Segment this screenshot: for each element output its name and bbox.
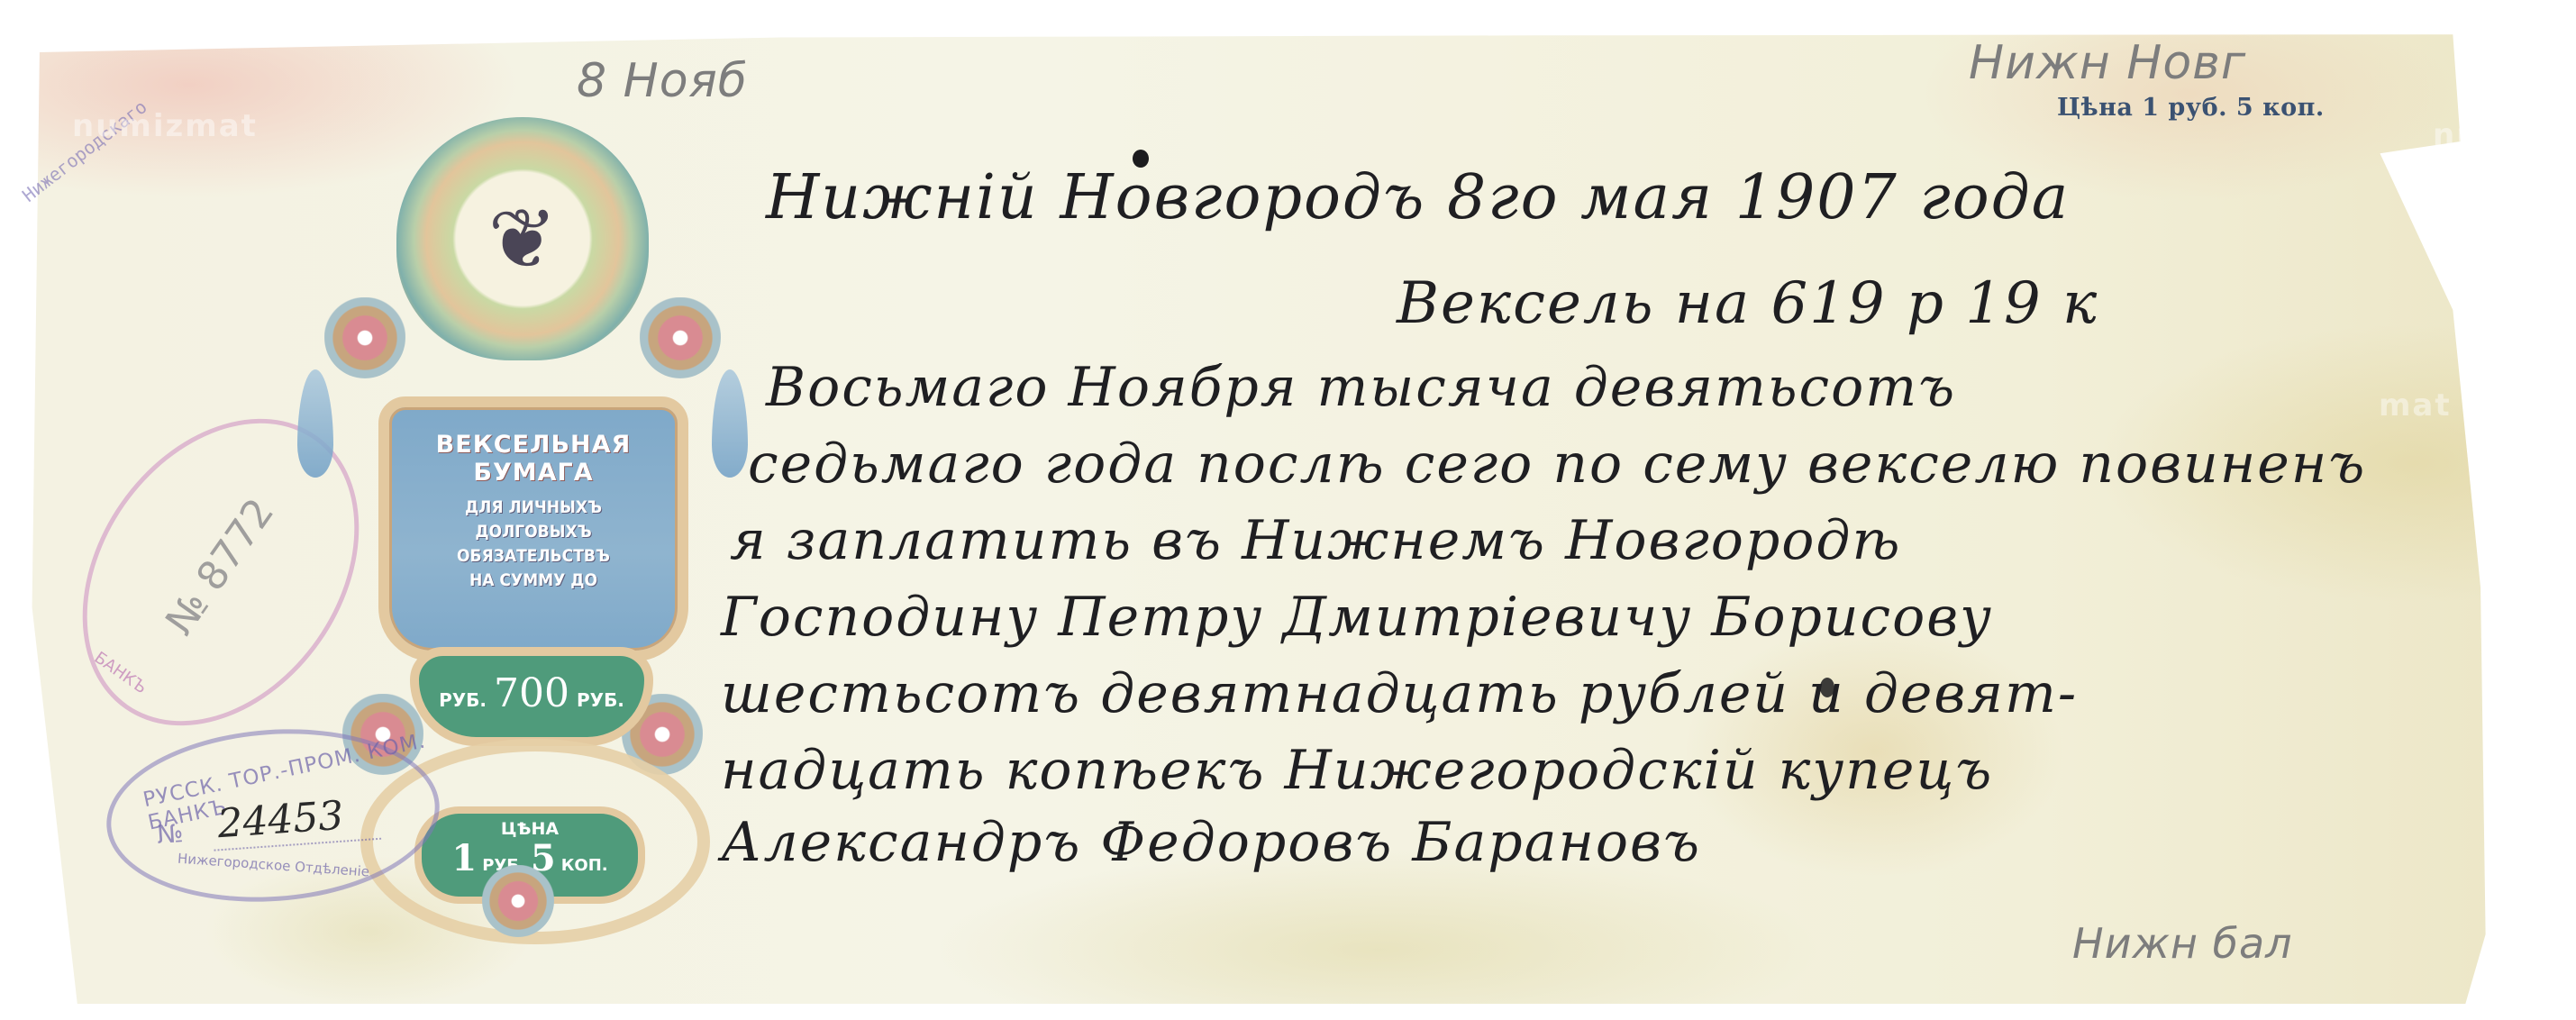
sum-limit-amount: 700 bbox=[494, 670, 569, 716]
handwritten-place-date: Нижній Новгородъ 8го мая 1907 года bbox=[766, 162, 2070, 233]
bank-stamp-number-prefix: № bbox=[156, 818, 184, 850]
sum-limit-suffix: РУБ. bbox=[577, 689, 624, 711]
double-headed-eagle-icon: ❦ bbox=[419, 176, 626, 302]
sum-limit-prefix: РУБ. bbox=[439, 689, 487, 711]
pencil-note-bottom: Нижн бал bbox=[2072, 919, 2293, 968]
vignette-title: ВЕКСЕЛЬНАЯ БУМАГА bbox=[389, 431, 678, 487]
flower-ornament-icon bbox=[482, 865, 554, 937]
handwritten-body-line: надцать копѣекъ Нижегородскій купецъ bbox=[721, 739, 1993, 802]
watermark: mat bbox=[2379, 387, 2452, 423]
vignette-subtitle-line: ДЛЯ ЛИЧНЫХЪ bbox=[389, 496, 678, 520]
bank-stamp-number: 24453 bbox=[211, 790, 381, 852]
flower-ornament-icon bbox=[640, 297, 721, 378]
handwritten-body-line: шестьсотъ девятнадцать рублей и девят- bbox=[721, 662, 2078, 725]
handwritten-body-line: Восьмаго Ноября тысяча девятьсотъ bbox=[766, 356, 1956, 419]
bank-stamp-pink-number: № 8772 bbox=[157, 490, 283, 643]
price-rub: 1 bbox=[451, 839, 477, 879]
pencil-note-date: 8 Нояб bbox=[577, 54, 748, 108]
price-kop-unit: КОП. bbox=[561, 856, 608, 875]
printed-price: Цѣна 1 руб. 5 коп. bbox=[2057, 94, 2325, 122]
price-label: ЦѢНА bbox=[422, 819, 638, 839]
vignette-subtitle-line: ОБЯЗАТЕЛЬСТВЪ bbox=[389, 544, 678, 569]
vignette-subtitle-line: ДОЛГОВЫХЪ bbox=[389, 520, 678, 544]
handwritten-body-line: седьмаго года послѣ сего по сему векселю… bbox=[748, 433, 2366, 496]
watermark: numiz bbox=[2433, 117, 2545, 153]
handwritten-heading: Вексель на 619 р 19 к bbox=[1397, 270, 2098, 337]
sum-limit-band: РУБ. 700 РУБ. bbox=[410, 647, 653, 746]
handwritten-body-line: Господину Петру Дмитріевичу Борисову bbox=[721, 586, 1993, 649]
handwritten-signature-line: Александръ Федоровъ Барановъ bbox=[721, 811, 1701, 874]
denomination-shield: ВЕКСЕЛЬНАЯ БУМАГА ДЛЯ ЛИЧНЫХЪ ДОЛГОВЫХЪ … bbox=[378, 396, 688, 661]
flower-ornament-icon bbox=[324, 297, 405, 378]
handwritten-body-line: я заплатить въ Нижнемъ Новгородѣ bbox=[730, 509, 1901, 572]
pencil-note-city: Нижн Новг bbox=[1969, 36, 2246, 90]
vignette-subtitle-line: НА СУММУ ДО bbox=[389, 569, 678, 593]
bank-stamp-branch: Нижегородское Отдѣленіе bbox=[177, 851, 369, 880]
watermark: numizmat bbox=[72, 108, 258, 144]
